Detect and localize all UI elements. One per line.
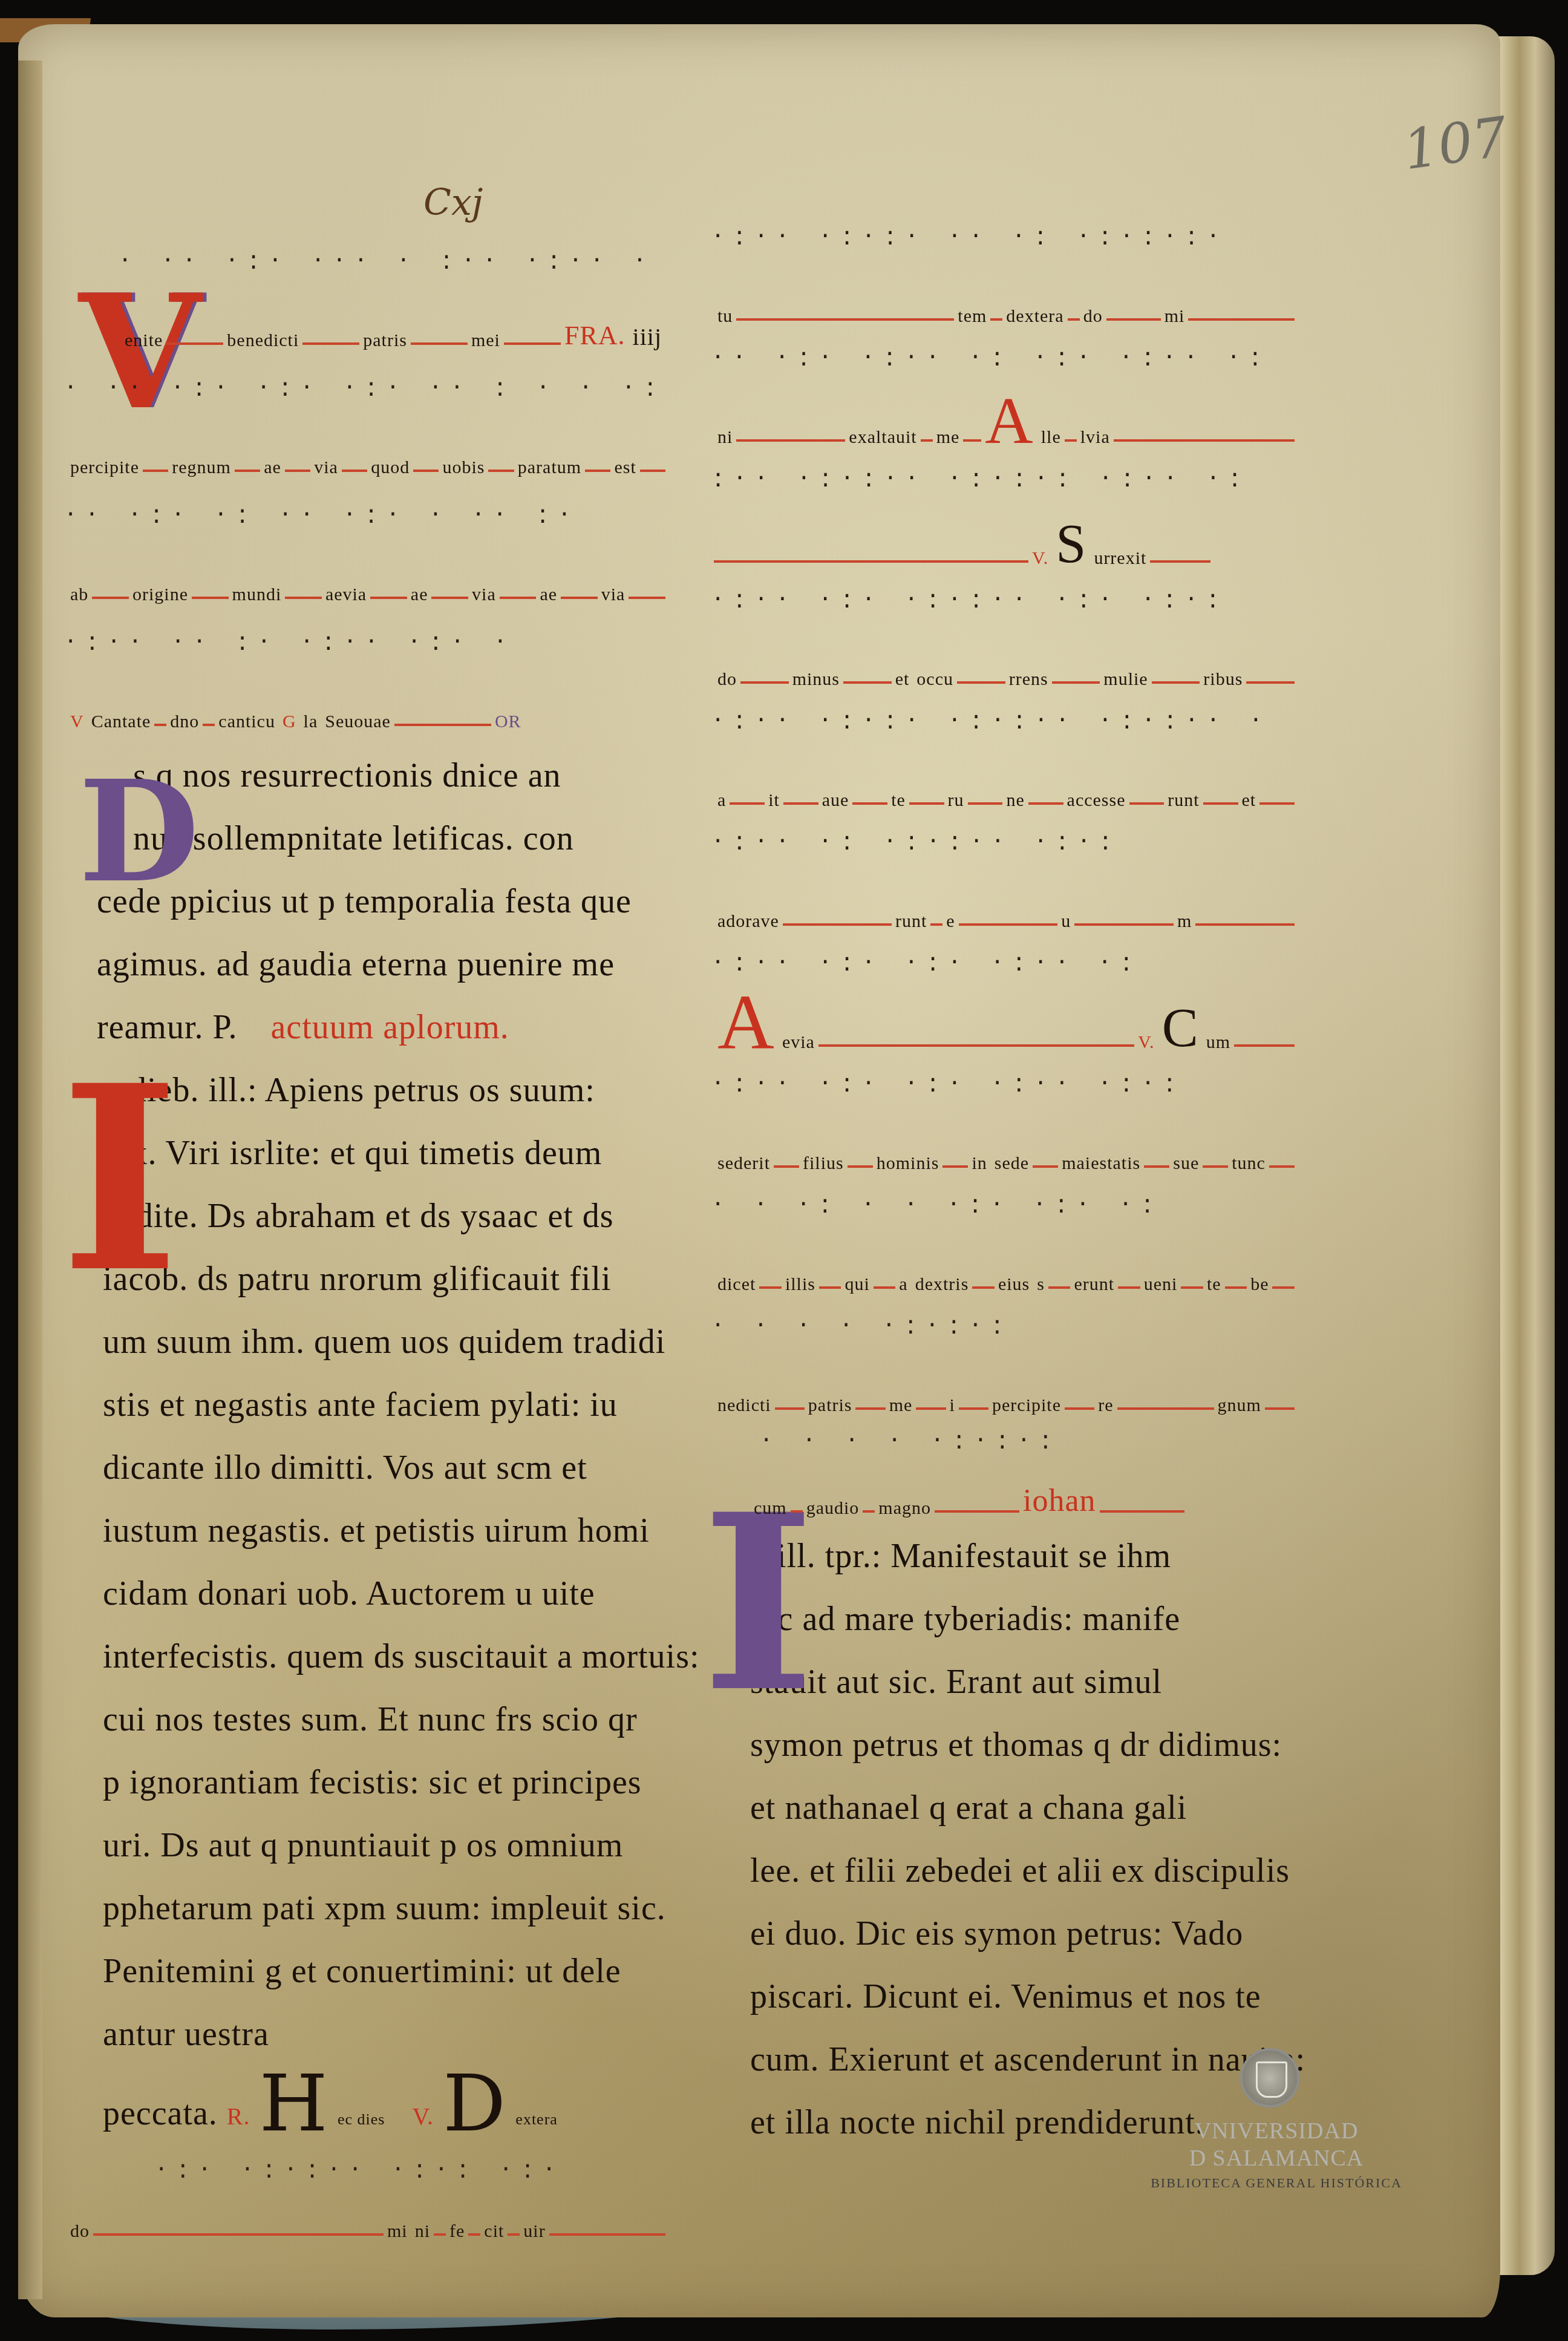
text-line: piscari. Dicunt ei. Venimus et nos te [750, 1965, 1295, 2028]
verse-marker: V [67, 712, 88, 732]
neume-line: ·· ·:· ·: ·· ·:· · ·· :· [67, 496, 665, 569]
text-line: reamur. P. actuum aplorum. [97, 996, 665, 1059]
initial-h: H [260, 2057, 328, 2149]
lyric-line: dicet illis qui a dextris eius s erunt u… [714, 1259, 1295, 1295]
lyric-line: sederit filius hominis in sede maiestati… [714, 1138, 1295, 1174]
text-line: iustum negastis. et petistis uirum homi [103, 1499, 665, 1562]
right-column: ·:·· ·:·:· ·· ·: ·:·:·:· tu tem dextera … [714, 218, 1295, 2154]
neume-line: ·:·· ·:· ·:· ·:·· ·: [714, 944, 1295, 1017]
text-line: dix. Viri isrlite: et qui timetis deum [103, 1122, 665, 1185]
responsory-marker: R. [227, 2103, 250, 2130]
lyric-line: enite benedicti patris mei FRA. iiij [121, 315, 665, 351]
text-line: n ill. tpr.: Manifestauit se ihm [750, 1525, 1295, 1588]
neume-line: ·:·· ·:·:· ·· ·: ·:·:·:· [714, 218, 1295, 290]
initial-c: C [1158, 1004, 1203, 1053]
neume-line: :·· ·:·:·· ·:·:·: ·:·· ·: [714, 460, 1295, 532]
neume-line: · · ·: · · ·:· ·:· ·: [714, 1186, 1295, 1259]
text-line: s q nos resurrectionis dnice an [133, 744, 665, 807]
neume-line: ·:·· ·· :· ·:·· ·:· · [67, 623, 665, 696]
lyric-line: adorave runt e u m [714, 895, 1295, 932]
initial-s: S [1052, 520, 1090, 569]
text-line: peccata. R. H ec dies V. D extera [103, 2066, 665, 2151]
shield-icon [1256, 2061, 1287, 2098]
university-seal-icon [1240, 2048, 1299, 2107]
lyric-line: ab origine mundi aevia ae via ae via [67, 569, 665, 605]
neume-line: · ·· ·:· ·:· ·:· ·· : · · ·: [67, 369, 665, 442]
neume-line: · · · · ·:·:·: [714, 1307, 1295, 1380]
rubric-fra: FRA. [561, 320, 629, 351]
mode-mark: iiij [629, 323, 665, 351]
rubric-iohan: iohan [1019, 1483, 1100, 1519]
initial-a2: A [714, 992, 779, 1053]
text-line: ihc ad mare tyberiadis: manife [750, 1588, 1295, 1651]
neume-line: ·:·· ·: ·:·:·· ·:·: [714, 823, 1295, 895]
text-line: nua sollempnitate letificas. con [133, 807, 665, 870]
text-line: cidam donari uob. Auctorem u uite [103, 1562, 665, 1625]
quire-mark: Cxj [423, 182, 483, 224]
gutter-fold [18, 61, 42, 2299]
verse-marker: V. [1028, 548, 1052, 569]
text-line: audite. Ds abraham et ds ysaac et ds [103, 1185, 665, 1248]
watermark-line-1: VNIVERSIDAD [1186, 2118, 1367, 2144]
lyric-line: do minus et occu rrens mulie ribus [714, 653, 1295, 690]
left-column: V · ·· ·:· ··· · :·· ·:·· · enite benedi… [67, 242, 665, 2242]
lyric-line: A evia V. C um [714, 1017, 1295, 1053]
lectio-block: I n dieb. ill.: Apiens petrus os suum: d… [67, 1059, 665, 2242]
text-line: n dieb. ill.: Apiens petrus os suum: [103, 1059, 665, 1122]
verse-marker: V. [412, 2103, 434, 2130]
lyric-line: nedicti patris me i percipite re gnum [714, 1380, 1295, 1416]
text-line: agimus. ad gaudia eterna puenire me [97, 933, 665, 996]
text-line: p ignorantiam fecistis: sic et principes [103, 1751, 665, 1814]
initial-d: D [79, 750, 199, 914]
text-line: cum. Exierunt et ascenderunt in nauim: [750, 2028, 1295, 2091]
lyric-line: do mi ni fe cit uir [67, 2205, 665, 2242]
initial-a: A [981, 393, 1037, 448]
text-line: ei duo. Dic eis symon petrus: Vado [750, 1902, 1295, 1965]
lyric-line: ni exaltauit me A lle lvia [714, 411, 1295, 448]
text-line: lee. et filii zebedei et alii ex discipu… [750, 1839, 1295, 1902]
initial-i2: I [702, 1482, 815, 1724]
text-line: antur uestra [103, 2003, 665, 2066]
lyric-line: tu tem dextera do mi [714, 290, 1295, 327]
text-line: dicante illo dimitti. Vos aut scm et [103, 1436, 665, 1499]
text-line: iacob. ds patru nrorum glificauit fili [103, 1248, 665, 1311]
lyric-line: a it aue te ru ne accesse runt et [714, 774, 1295, 811]
text-line: pphetarum pati xpm suum: impleuit sic. [103, 1877, 665, 1940]
gospel-block: I cum gaudio magno iohan n ill. tpr.: Ma… [714, 1482, 1295, 2154]
oratio-block: D s q nos resurrectionis dnice an nua so… [67, 744, 665, 1059]
text-line: symon petrus et thomas q dr didimus: [750, 1714, 1295, 1776]
lyric-line: cum gaudio magno iohan [714, 1482, 1295, 1519]
neume-line: · ·· ·:· ··· · :·· ·:·· · [121, 242, 665, 315]
neume-line: ·:· ·:·:·· ·:·: ·:· [67, 2151, 665, 2205]
text-line: um suum ihm. quem uos quidem tradidi [103, 1311, 665, 1373]
end-mark: OR [491, 712, 525, 732]
text-line: interfecistis. quem ds suscitauit a mort… [103, 1625, 665, 1688]
lyric-line: V Cantate dno canticu G la Seuouae OR [67, 696, 665, 732]
neume-line: ·:·· ·:·:· ·:·:·· ·:·:·· · [714, 702, 1295, 774]
text-line: Penitemini g et conuertimini: ut dele [103, 1940, 665, 2003]
initial-i: I [60, 1053, 179, 1307]
neume-line: ·:·· ·:· ·:·:·· ·:· ·:·: [714, 581, 1295, 653]
watermark-line-2: D SALAMANCA [1186, 2145, 1367, 2172]
text-line: et nathanael q erat a chana gali [750, 1776, 1295, 1839]
watermark-line-3: BIBLIOTECA GENERAL HISTÓRICA [1137, 2175, 1416, 2191]
text-line: uri. Ds aut q pnuntiauit p os omnium [103, 1814, 665, 1877]
lyric-line: percipite regnum ae via quod uobis parat… [67, 442, 665, 478]
initial-d2: D [443, 2057, 506, 2149]
neume-line: ·:·· ·:· ·:· ·:·· ·:·: [714, 1065, 1295, 1138]
text-line: stauit aut sic. Erant aut simul [750, 1651, 1295, 1714]
text-line: stis et negastis ante faciem pylati: iu [103, 1373, 665, 1436]
lyric-line: V. S urrexit [714, 532, 1295, 569]
verse-marker: V. [1134, 1032, 1158, 1053]
rubric-actuum: actuum aplorum. [270, 1009, 509, 1046]
text-line: cui nos testes sum. Et nunc frs scio qr [103, 1688, 665, 1751]
